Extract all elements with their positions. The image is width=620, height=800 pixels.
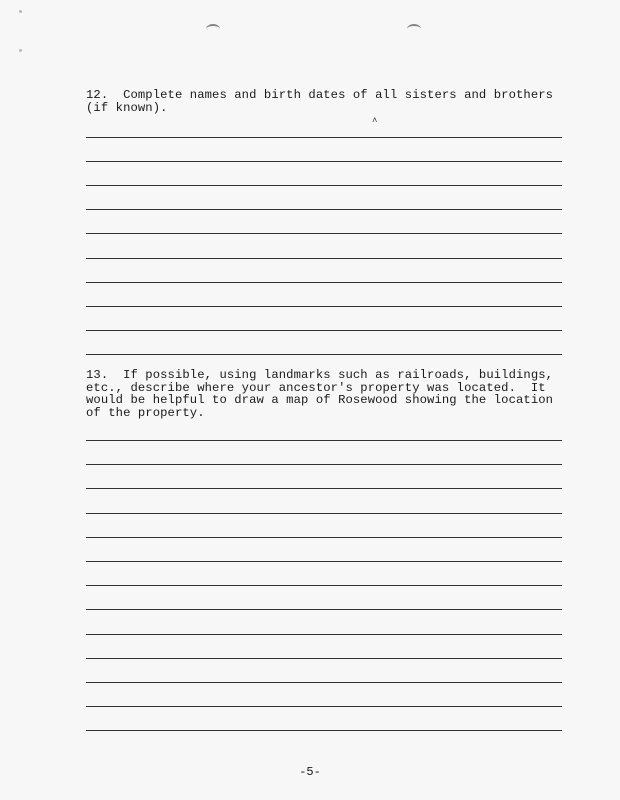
- answer-line: [86, 488, 562, 489]
- answer-line: [86, 306, 562, 307]
- answer-line: [86, 233, 562, 234]
- answer-line: [86, 658, 562, 659]
- punch-hole-right: [407, 24, 421, 34]
- stray-mark: ˄: [372, 116, 377, 126]
- answer-line: [86, 706, 562, 707]
- answer-line: [86, 513, 562, 514]
- answer-line: [86, 282, 562, 283]
- answer-line: [86, 354, 562, 355]
- question-12: 12. Complete names and birth dates of al…: [86, 89, 556, 114]
- answer-line: [86, 258, 562, 259]
- answer-line: [86, 137, 562, 138]
- punch-hole-left: [206, 24, 220, 34]
- answer-line: [86, 682, 562, 683]
- page-number: -5-: [0, 765, 620, 779]
- answer-line: [86, 561, 562, 562]
- scan-speck: [19, 49, 22, 52]
- answer-line: [86, 609, 562, 610]
- answer-line: [86, 464, 562, 465]
- answer-line: [86, 730, 562, 731]
- answer-line: [86, 185, 562, 186]
- answer-line: [86, 161, 562, 162]
- answer-line: [86, 537, 562, 538]
- scan-speck: [19, 10, 22, 13]
- question-13: 13. If possible, using landmarks such as…: [86, 369, 556, 419]
- answer-line: [86, 209, 562, 210]
- answer-line: [86, 440, 562, 441]
- answer-line: [86, 585, 562, 586]
- answer-line: [86, 330, 562, 331]
- answer-line: [86, 634, 562, 635]
